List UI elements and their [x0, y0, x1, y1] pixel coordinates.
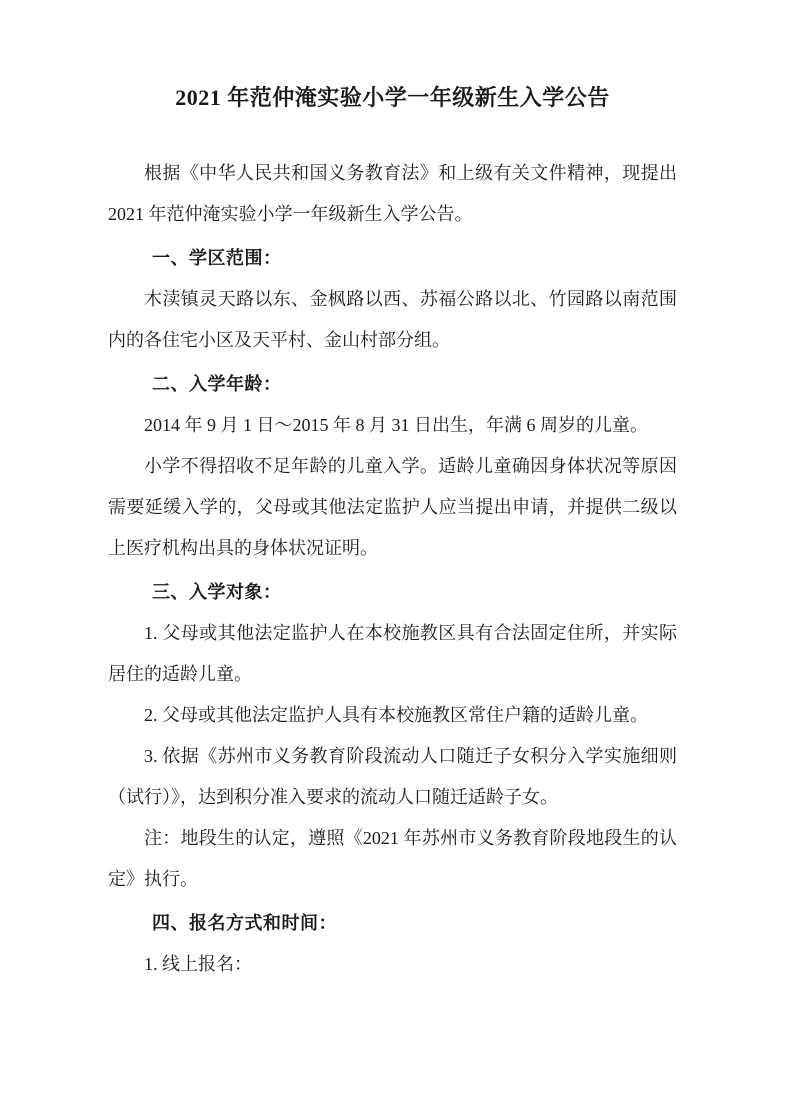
section-heading-enrollment-age: 二、入学年龄： — [108, 364, 677, 405]
eligibility-item-1: 1. 父母或其他法定监护人在本校施教区具有合法固定住所，并实际居住的适龄儿童。 — [108, 613, 677, 695]
eligibility-item-2: 2. 父母或其他法定监护人具有本校施教区常住户籍的适龄儿童。 — [108, 695, 677, 736]
note-paragraph: 注：地段生的认定，遵照《2021 年苏州市义务教育阶段地段生的认定》执行。 — [108, 818, 677, 900]
document-body: 根据《中华人民共和国义务教育法》和上级有关文件精神，现提出 2021 年范仲淹实… — [108, 153, 677, 985]
district-scope-paragraph: 木渎镇灵天路以东、金枫路以西、苏福公路以北、竹园路以南范围内的各住宅小区及天平村… — [108, 279, 677, 361]
section-heading-eligibility: 三、入学对象： — [108, 572, 677, 613]
eligibility-item-3: 3. 依据《苏州市义务教育阶段流动人口随迁子女积分入学实施细则（试行）》，达到积… — [108, 736, 677, 818]
online-registration-item: 1. 线上报名： — [108, 944, 677, 985]
document-page: 2021 年范仲淹实验小学一年级新生入学公告 根据《中华人民共和国义务教育法》和… — [0, 0, 794, 1108]
intro-paragraph: 根据《中华人民共和国义务教育法》和上级有关文件精神，现提出 2021 年范仲淹实… — [108, 153, 677, 235]
document-title: 2021 年范仲淹实验小学一年级新生入学公告 — [108, 80, 677, 116]
section-heading-district-scope: 一、学区范围： — [108, 238, 677, 279]
age-policy-paragraph: 小学不得招收不足年龄的儿童入学。适龄儿童确因身体状况等原因需要延缓入学的，父母或… — [108, 446, 677, 569]
age-range-paragraph: 2014 年 9 月 1 日～2015 年 8 月 31 日出生，年满 6 周岁… — [108, 405, 677, 446]
section-heading-registration: 四、报名方式和时间： — [108, 903, 677, 944]
